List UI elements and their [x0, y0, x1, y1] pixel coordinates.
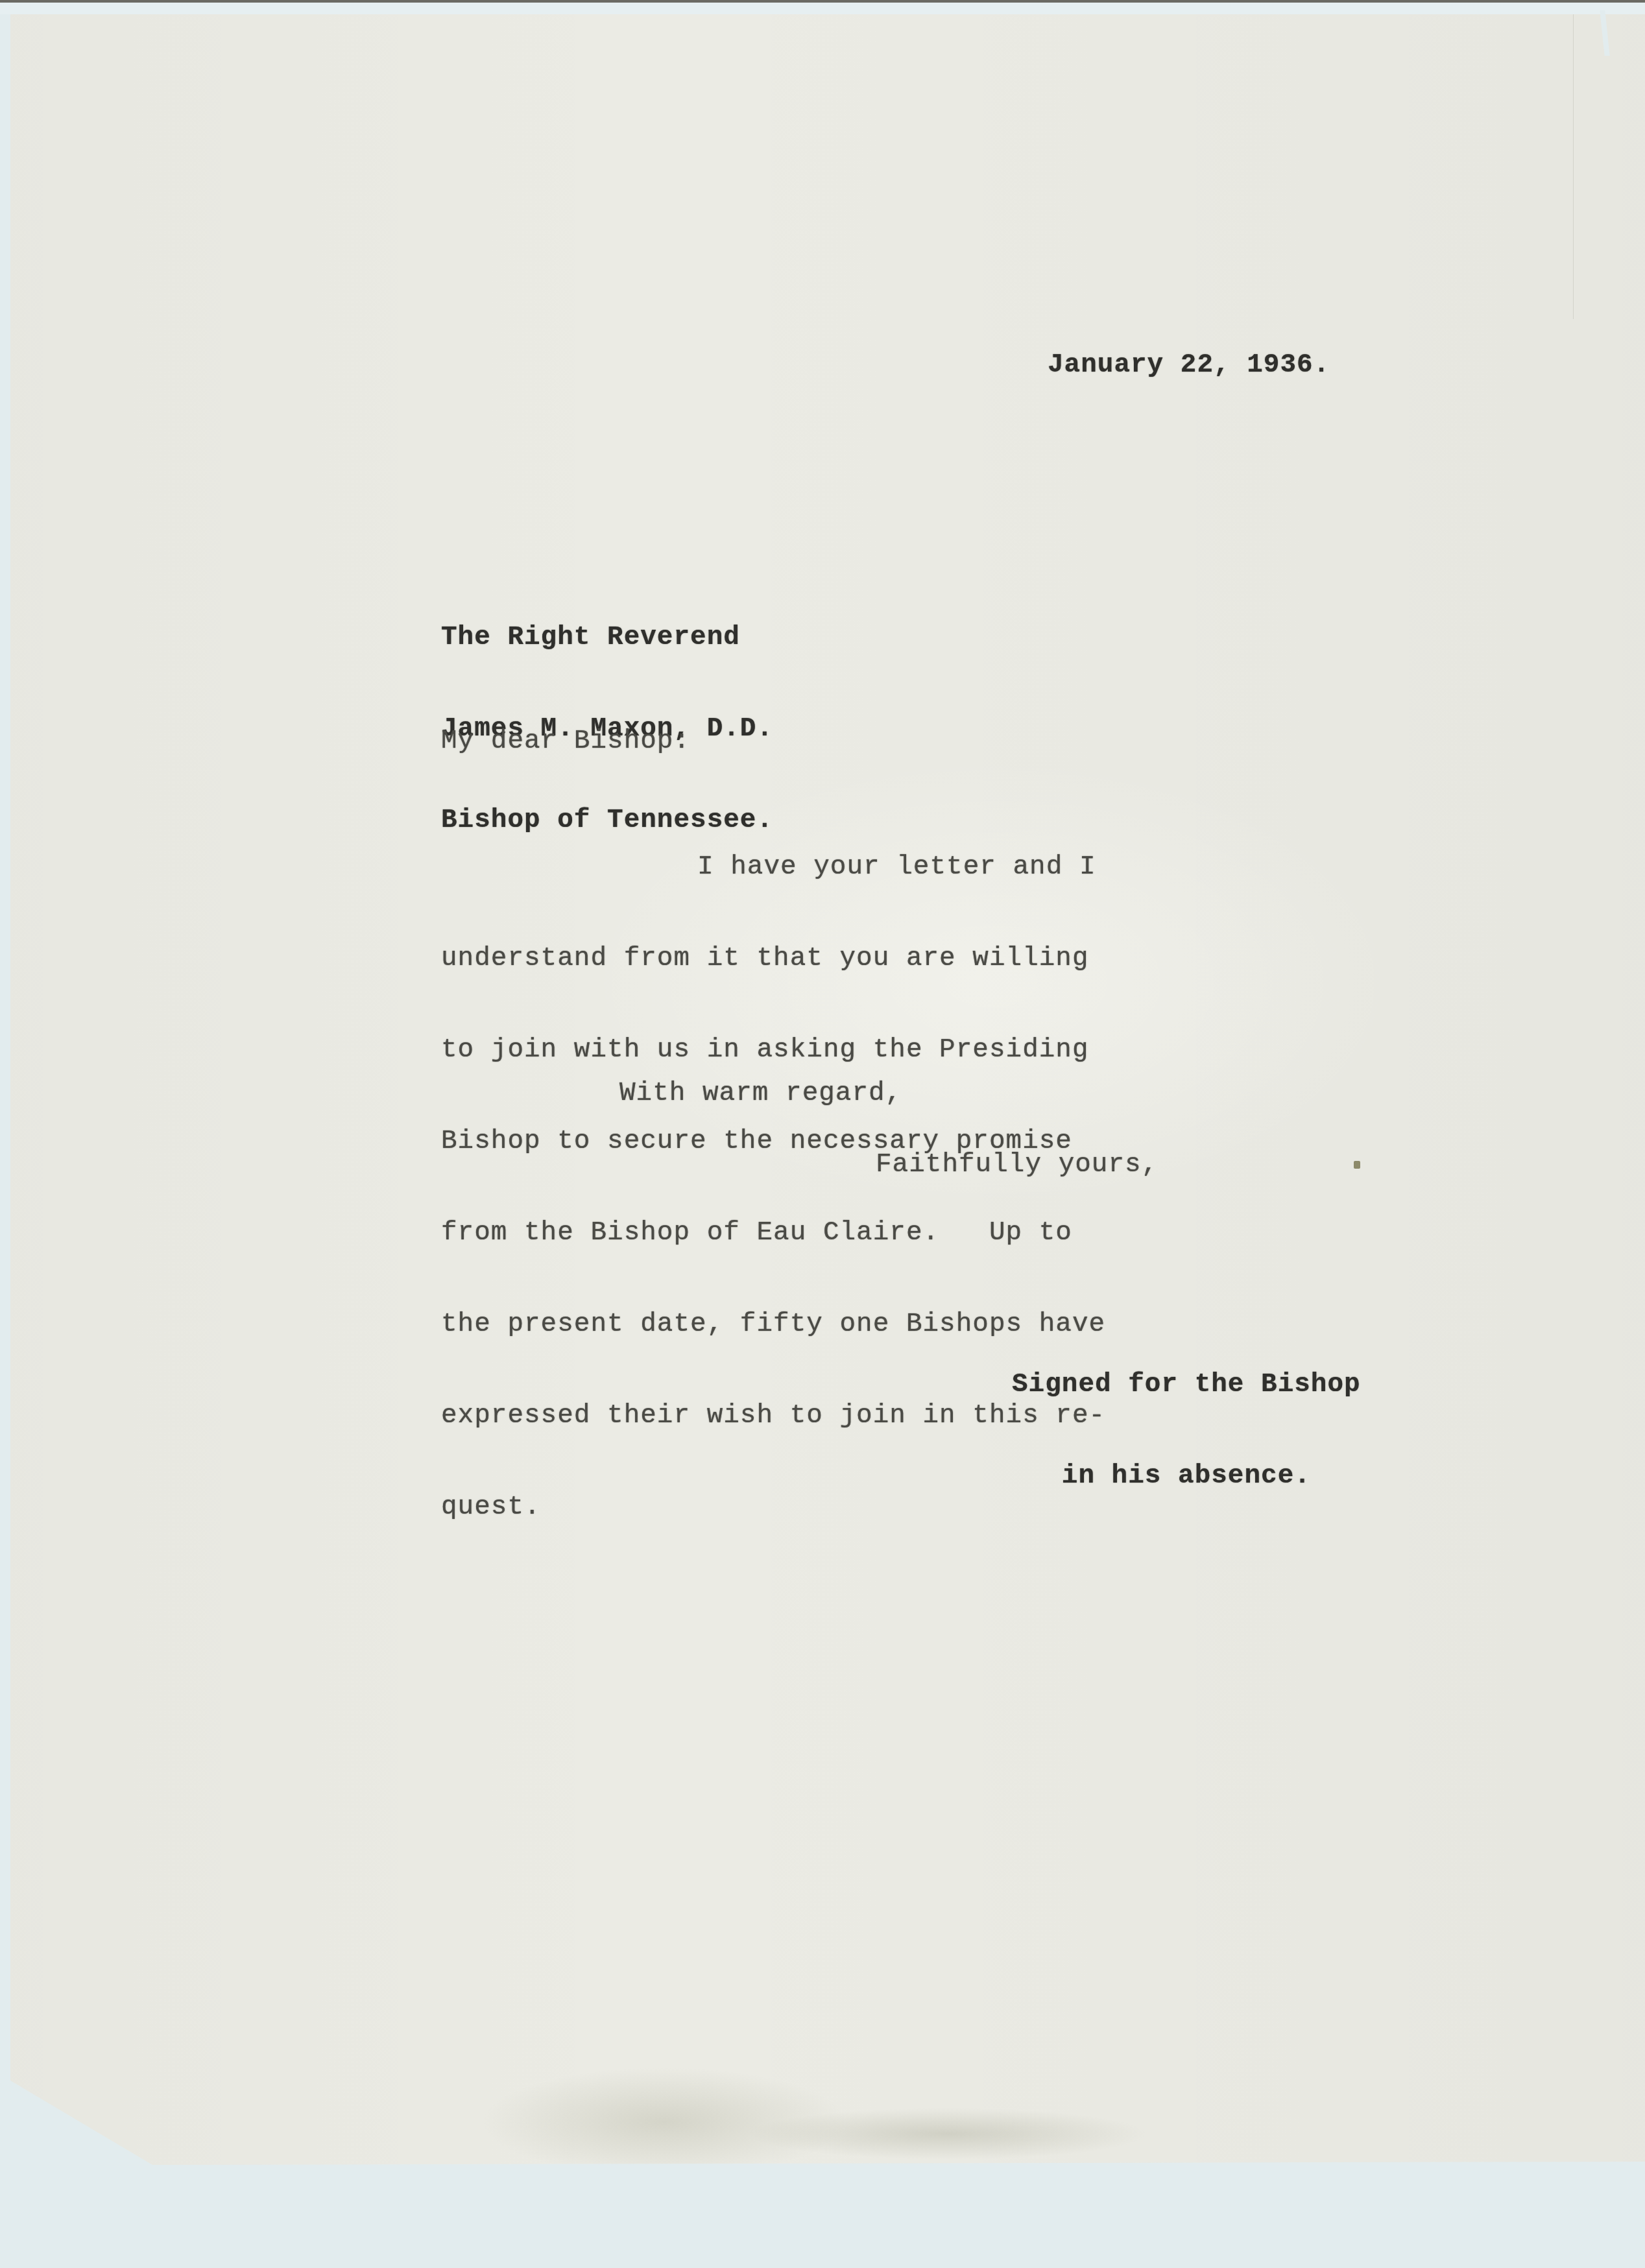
letter-date: January 22, 1936. [1048, 350, 1330, 381]
body-line: quest. [441, 1492, 1105, 1523]
body-line: from the Bishop of Eau Claire. Up to [441, 1218, 1105, 1248]
body-line: I have your letter and I [441, 852, 1105, 883]
scanner-background-top [0, 3, 1645, 14]
closing-valediction: Faithfully yours, [876, 1150, 1158, 1180]
body-line: the present date, fifty one Bishops have [441, 1309, 1105, 1340]
body-line: to join with us in asking the Presiding [441, 1035, 1105, 1066]
signature-line-1: Signed for the Bishop [1012, 1370, 1361, 1400]
closing-regards: With warm regard, [619, 1079, 902, 1109]
salutation: My dear Bishop: [441, 726, 690, 757]
signature-line-2: in his absence. [1012, 1461, 1361, 1492]
body-line: understand from it that you are willing [441, 944, 1105, 974]
paper-stain [746, 2108, 1148, 2160]
body-line: expressed their wish to join in this re- [441, 1401, 1105, 1431]
recipient-title: The Right Reverend [441, 623, 773, 653]
signature-block: Signed for the Bishop in his absence. [1012, 1309, 1361, 1522]
ink-speck [1354, 1161, 1360, 1169]
paper-fold-line [1573, 14, 1574, 319]
